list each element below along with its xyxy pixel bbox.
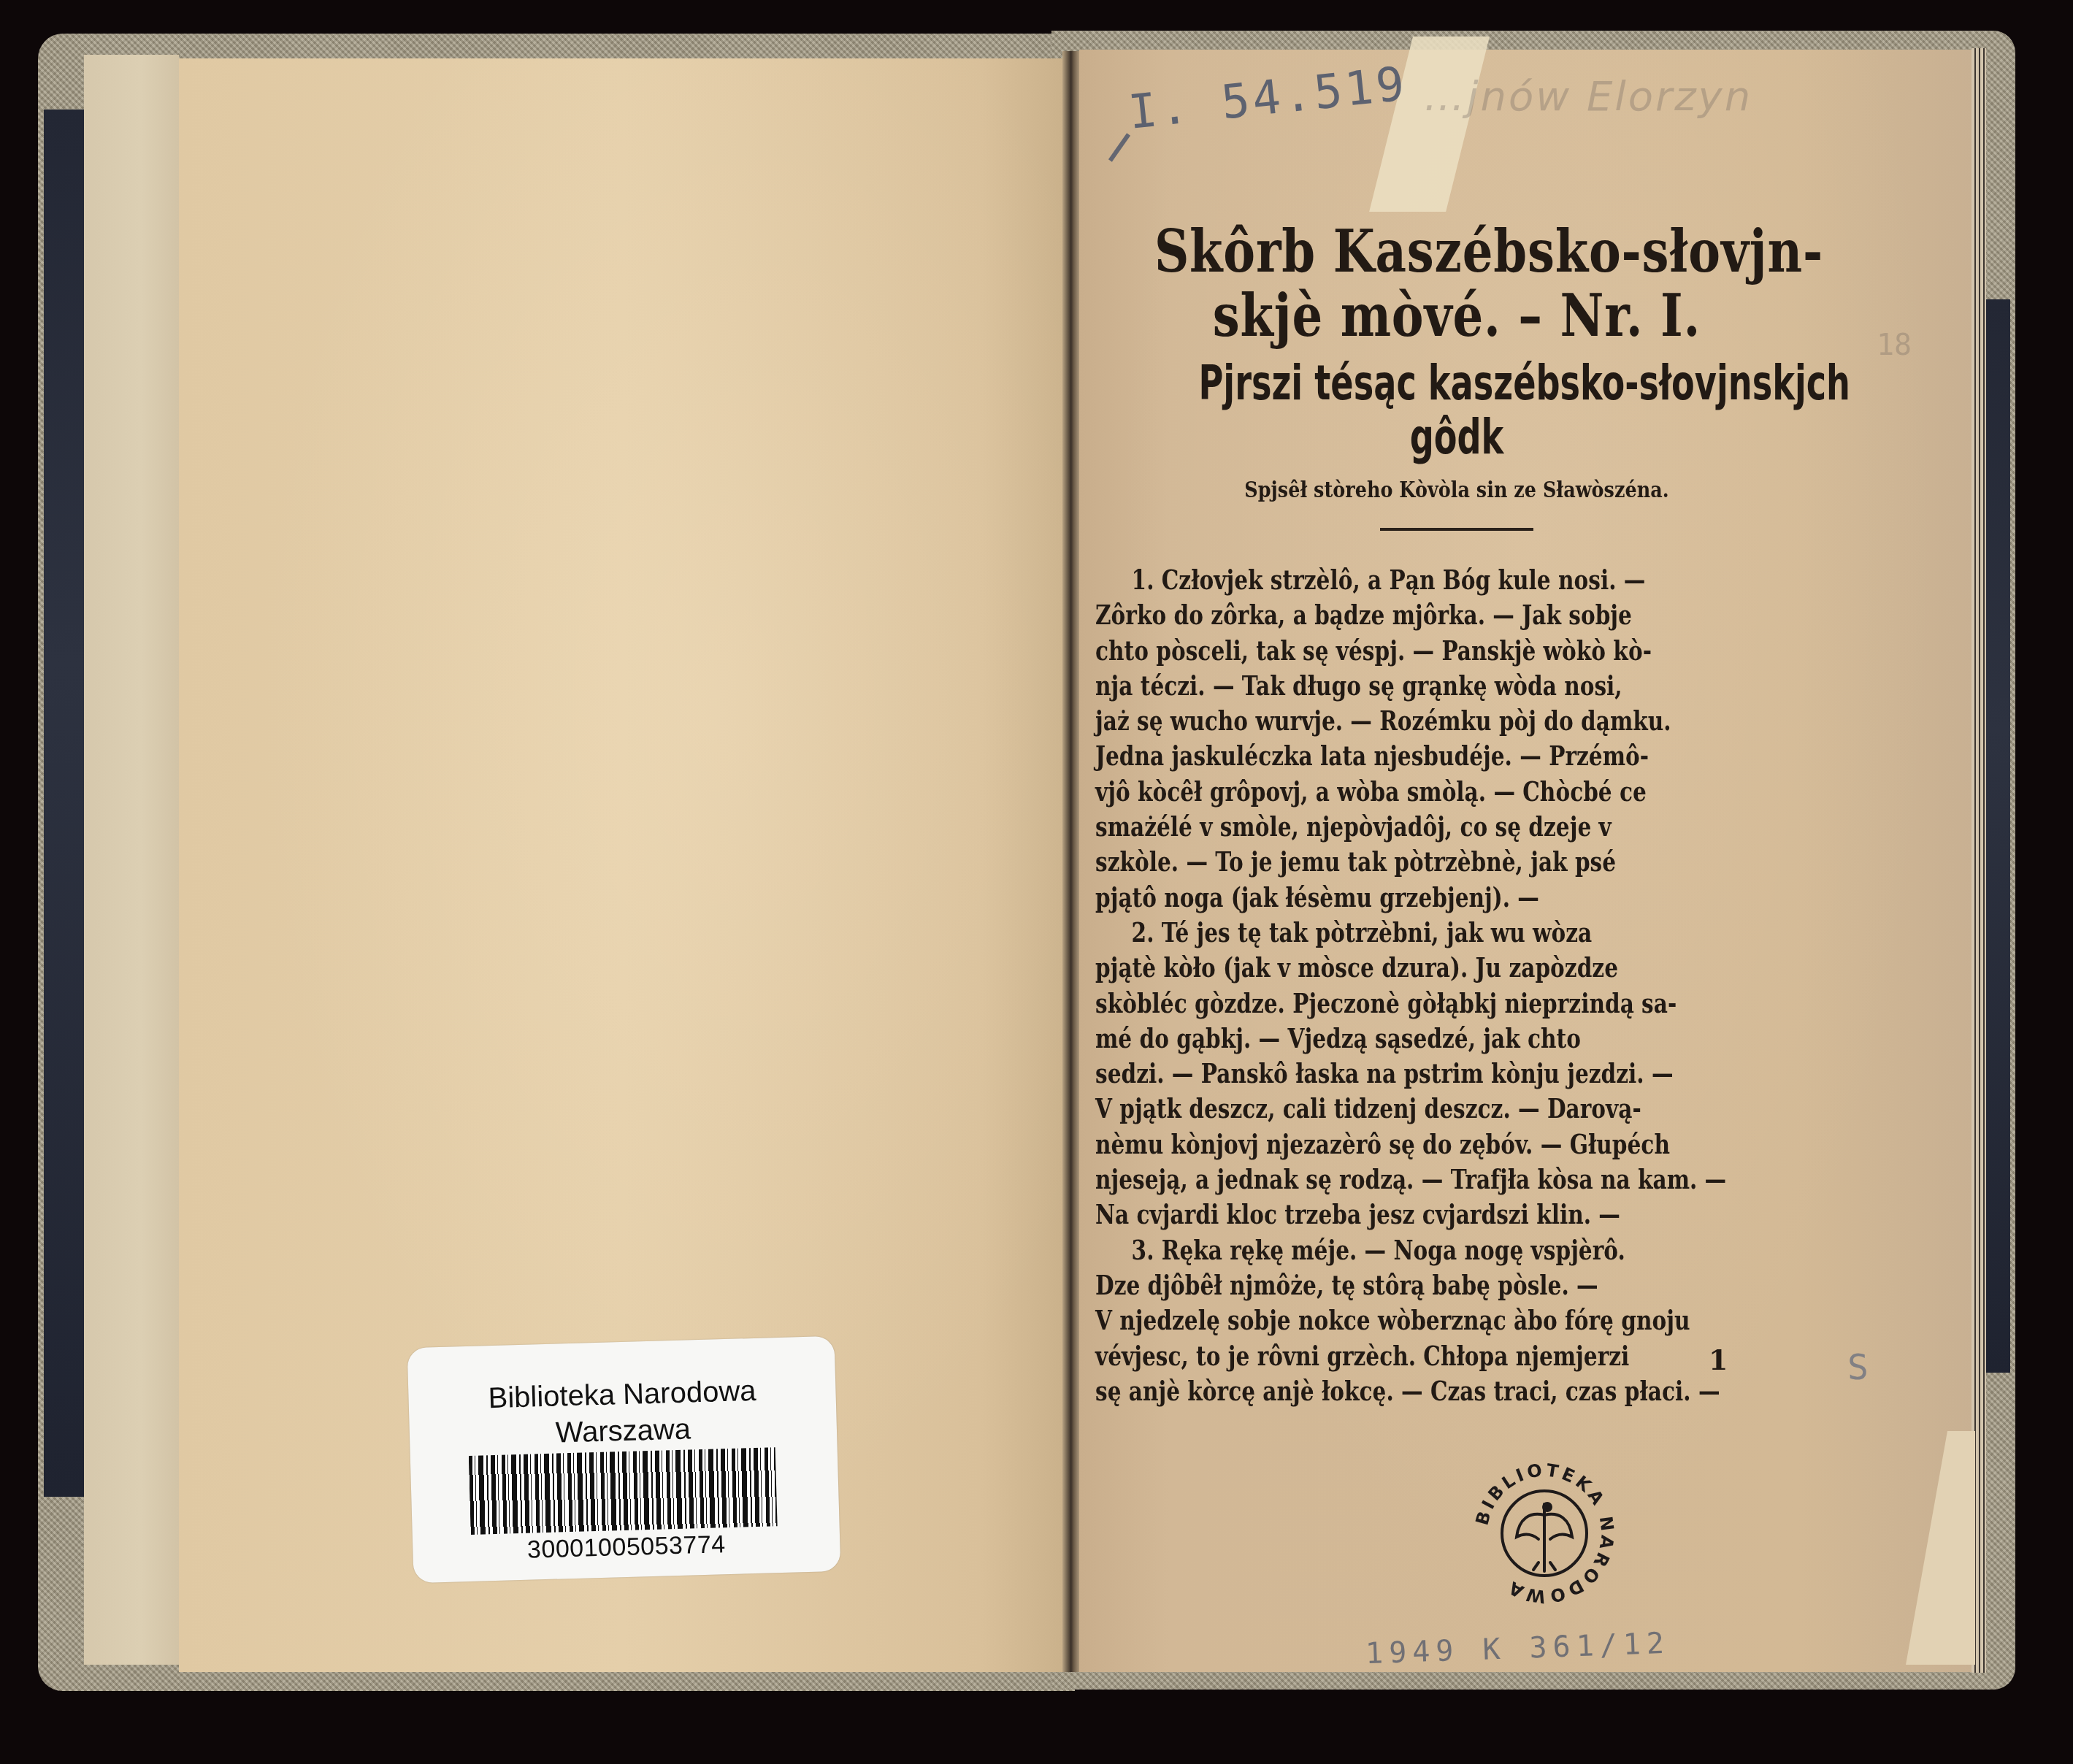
text-line: 2. Té jes tę tak pòtrzèbni, jak wu wòza xyxy=(1095,915,1833,950)
library-barcode-sticker: Biblioteka Narodowa Warszawa 30001005053… xyxy=(407,1336,841,1583)
text-line: vévjesc, to je rôvni grzèch. Chłopa njem… xyxy=(1095,1338,1796,1373)
text-line: sedzi. — Panskô łaska na pstrim kònju je… xyxy=(1095,1056,1796,1091)
book-board-left xyxy=(44,110,88,1497)
text-line: nèmu kònjovj njezazèrô sę do zębóv. — Gł… xyxy=(1095,1127,1796,1162)
text-line: 3. Ręka rękę méje. — Noga nogę vspjèrô. xyxy=(1095,1232,1833,1268)
title-line: skjè mòvé. – Nr. I. xyxy=(1154,283,1759,348)
title-divider xyxy=(1380,528,1533,531)
text-line: mé do gąbkj. — Vjedzą sąsedzé, jak chto xyxy=(1095,1021,1796,1056)
text-line: jaż sę wucho wurvje. — Rozémku pòj do dą… xyxy=(1095,703,1796,738)
text-line: Na cvjardi kloc trzeba jesz cvjardszi kl… xyxy=(1095,1197,1796,1232)
text-line: nja téczi. — Tak długo sę grąnkę wòda no… xyxy=(1095,668,1796,703)
library-stamp-icon: BIBLIOTEKA NARODOWA xyxy=(1471,1460,1617,1606)
text-line: smażélé v smòle, njepòvjadôj, co sę dzej… xyxy=(1095,809,1796,844)
faint-pencil-margin-number: 18 xyxy=(1877,329,1912,362)
text-line: chto pòsceli, tak sę véspj. — Panskjè wò… xyxy=(1095,633,1796,668)
subtitle-line: gôdk xyxy=(1199,410,1715,464)
page-number: 1 xyxy=(1709,1343,1728,1376)
text-line: Jedna jaskuléczka lata njesbudéje. — Prz… xyxy=(1095,738,1796,773)
text-line: Zôrko do zôrka, a bądze mjôrka. — Jak so… xyxy=(1095,597,1796,632)
page-edges xyxy=(1972,48,1986,1673)
text-line: pjątô noga (jak łésèmu grzebjenj). — xyxy=(1095,880,1796,915)
author-byline: Spjsêł stòreho Kòvòla sin ze Sławòszéna. xyxy=(1143,478,1771,503)
title-block: Skôrb Kaszébsko-słovjn- skjè mòvé. – Nr.… xyxy=(1088,219,1825,531)
text-line: njeseją, a jednak sę rodzą. — Trafjła kò… xyxy=(1095,1162,1796,1197)
eagle-emblem-icon xyxy=(1517,1503,1572,1571)
text-line: Dze djôbêł njmôże, tę stôrą babę pòsle. … xyxy=(1095,1268,1796,1303)
proverbs-text: 1. Człovjek strzèlô, a Pąn Bóg kule nosi… xyxy=(1095,562,1796,1408)
text-line: pjątè kòło (jak v mòsce dzura). Ju zapòz… xyxy=(1095,950,1796,985)
title-line: Skôrb Kaszébsko-słovjn- xyxy=(1154,219,1759,283)
text-line: vjô kòcêł grôpovj, a wòba smòlą. — Chòcb… xyxy=(1095,774,1796,809)
subtitle-line: Pjrszi tésąc kaszébsko-słovjnskjch xyxy=(1199,356,1715,410)
text-line: V njedzelę sobje nokce wòberznąc àbo fór… xyxy=(1095,1303,1796,1338)
text-line: 1. Człovjek strzèlô, a Pąn Bóg kule nosi… xyxy=(1095,562,1833,597)
text-line: skòbléc gòzdze. Pjeczonè gòłąbkj nieprzi… xyxy=(1095,986,1796,1021)
flyleaf-strip xyxy=(84,55,179,1665)
barcode-icon xyxy=(469,1447,778,1535)
blue-pencil-mark: S xyxy=(1847,1347,1869,1388)
text-line: V pjątk deszcz, cali tidzenj deszcz. — D… xyxy=(1095,1091,1796,1126)
text-line: szkòle. — To je jemu tak pòtrzèbnè, jak … xyxy=(1095,844,1796,879)
faint-pencil-inscription: …jnów Elorzyn xyxy=(1424,73,1752,120)
text-line: sę anjè kòrcę anjè łokcę. — Czas traci, … xyxy=(1095,1373,1796,1408)
main-title: Skôrb Kaszébsko-słovjn- skjè mòvé. – Nr.… xyxy=(1154,219,1759,348)
subtitle: Pjrszi tésąc kaszébsko-słovjnskjch gôdk xyxy=(1199,356,1715,464)
